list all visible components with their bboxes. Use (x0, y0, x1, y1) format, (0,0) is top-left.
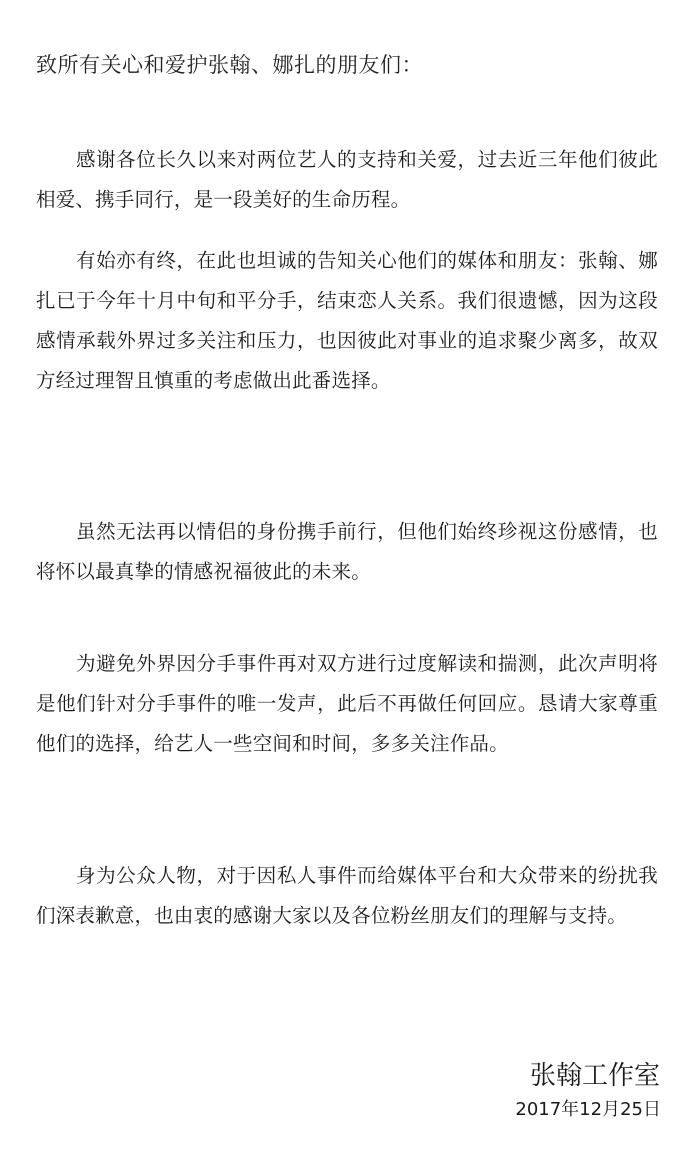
signature: 张翰工作室 (530, 1060, 660, 1092)
paragraph-thanks: 感谢各位长久以来对两位艺人的支持和关爱，过去近三年他们彼此相爱、携手同行，是一段… (36, 140, 658, 220)
paragraph-blessing: 虽然无法再以情侣的身份携手前行，但他们始终珍视这份感情，也将怀以最真挚的情感祝福… (36, 512, 658, 592)
paragraph-apology: 身为公众人物，对于因私人事件而给媒体平台和大众带来的纷扰我们深表歉意，也由衷的感… (36, 856, 658, 936)
paragraph-request: 为避免外界因分手事件再对双方进行过度解读和揣测，此次声明将是他们针对分手事件的唯… (36, 644, 658, 764)
statement-document: 致所有关心和爱护张翰、娜扎的朋友们： 感谢各位长久以来对两位艺人的支持和关爱，过… (0, 0, 700, 1171)
salutation: 致所有关心和爱护张翰、娜扎的朋友们： (36, 50, 423, 80)
date: 2017年12月25日 (515, 1098, 661, 1122)
paragraph-announcement: 有始亦有终，在此也坦诚的告知关心他们的媒体和朋友：张翰、娜扎已于今年十月中旬和平… (36, 241, 658, 401)
